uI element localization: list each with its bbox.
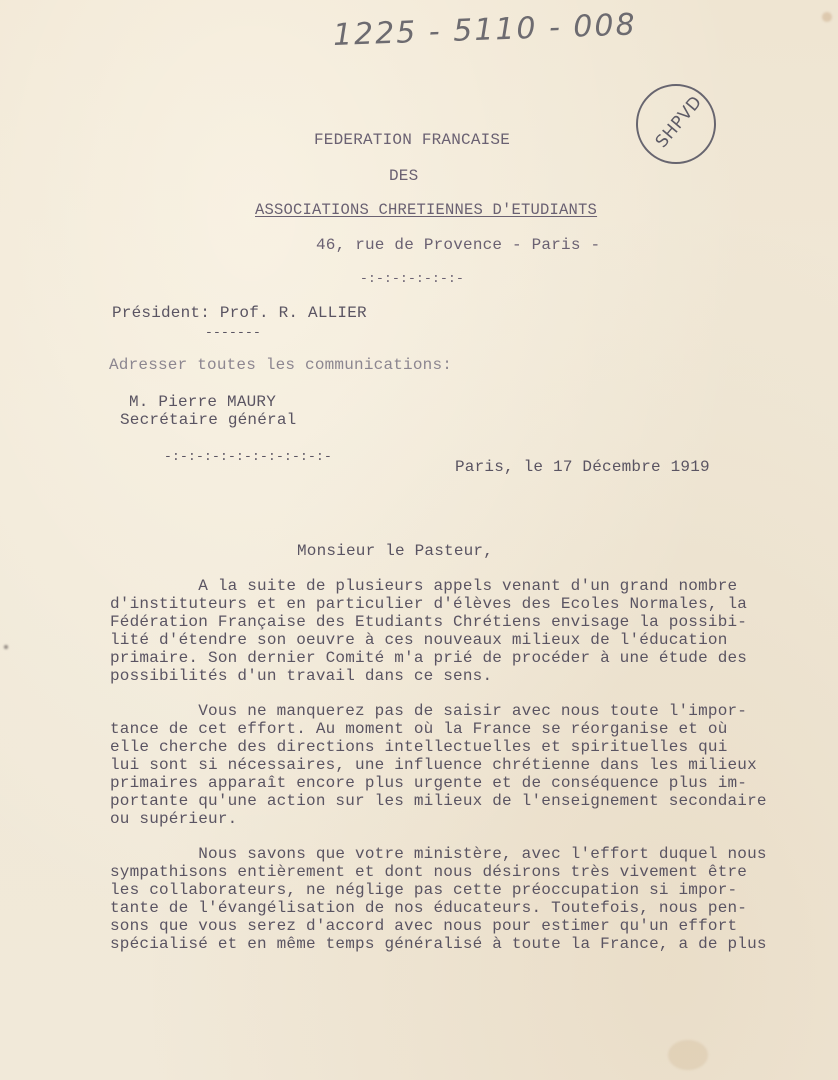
paragraph-line: spécialisé et en même temps généralisé à… [110,936,767,953]
contact-name: M. Pierre MAURY [129,394,276,411]
president-rule: ------- [205,324,261,341]
paragraph-line: Fédération Française des Etudiants Chrét… [110,614,747,631]
paragraph-line: A la suite de plusieurs appels venant d'… [110,578,737,595]
paper-stain [668,1040,708,1070]
paragraph-line: primaires apparaît encore plus urgente e… [110,775,747,792]
letterhead-line-3: ASSOCIATIONS CHRETIENNES D'ETUDIANTS [255,202,597,219]
contact-title: Secrétaire général [120,412,296,429]
paragraph-line: possibilités d'un travail dans ce sens. [110,668,492,685]
stamp-text: SHPVD [649,89,709,155]
paragraph-line: les collaborateurs, ne néglige pas cette… [110,882,737,899]
archive-stamp: SHPVD [636,84,716,164]
letter-page: 1225 - 5110 - 008 SHPVD FEDERATION FRANC… [0,0,838,1080]
letterhead-line-2: DES [389,168,418,185]
president-line: Président: Prof. R. ALLIER [112,305,367,322]
contact-separator: -:-:-:-:-:-:-:-:-:-:- [164,448,332,465]
paragraph-line: Vous ne manquerez pas de saisir avec nou… [110,703,747,720]
paragraph-line: tante de l'évangélisation de nos éducate… [110,900,747,917]
paper-mark [4,645,8,649]
paragraph-line: ou supérieur. [110,811,237,828]
paragraph-line: elle cherche des directions intellectuel… [110,739,728,756]
paragraph-line: lui sont si nécessaires, une influence c… [110,757,757,774]
letterhead-line-1: FEDERATION FRANCAISE [314,132,510,149]
paragraph-line: sons que vous serez d'accord avec nous p… [110,918,737,935]
paragraph-line: tance de cet effort. Au moment où la Fra… [110,721,728,738]
letterhead-separator: -:-:-:-:-:-:- [360,270,464,287]
contact-intro: Adresser toutes les communications: [109,357,452,374]
paragraph-line: sympathisons entièrement et dont nous dé… [110,864,747,881]
paragraph-line: portante qu'une action sur les milieux d… [110,793,767,810]
paragraph-line: primaire. Son dernier Comité m'a prié de… [110,650,747,667]
paragraph-line: Nous savons que votre ministère, avec l'… [110,846,767,863]
archive-reference-number: 1225 - 5110 - 008 [332,7,637,53]
paragraph-line: lité d'étendre son oeuvre à ces nouveaux… [110,632,728,649]
paragraph-line: d'instituteurs et en particulier d'élève… [110,596,747,613]
letterhead-address: 46, rue de Provence - Paris - [316,237,600,254]
letter-date: Paris, le 17 Décembre 1919 [455,459,710,476]
salutation: Monsieur le Pasteur, [297,543,493,560]
paper-stain [822,12,832,22]
